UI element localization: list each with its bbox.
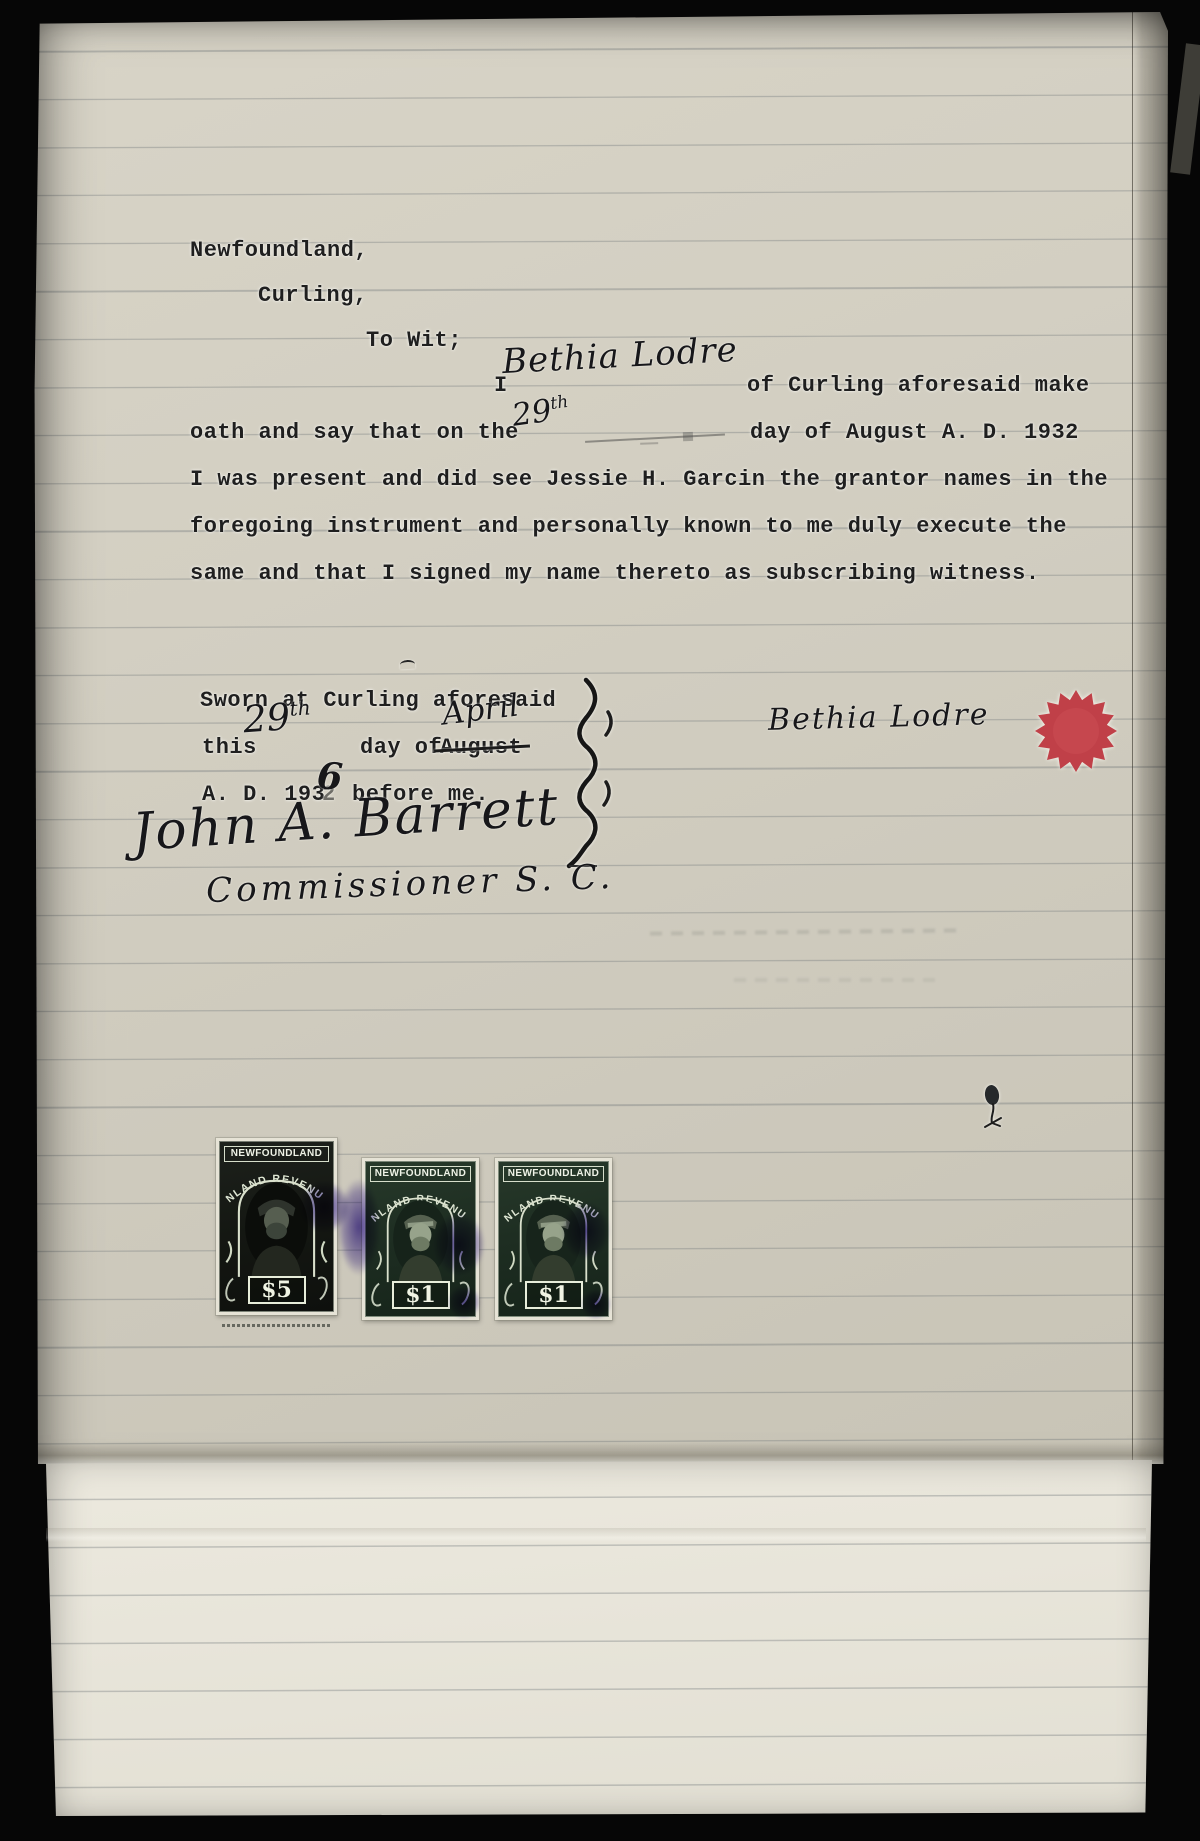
body-line1-rest: of Curling aforesaid make	[747, 373, 1090, 399]
erased-word-smudge	[585, 427, 735, 448]
deponent-name-handwritten: Bethia Lodre	[501, 330, 739, 382]
stray-ink-mark	[400, 660, 415, 670]
body-line2-rest: day of August A. D. 1932	[750, 420, 1079, 446]
affidavit-page: Newfoundland, Curling, To Wit; I Bethia …	[34, 12, 1168, 1818]
jurat-day-handwritten: 29th	[242, 694, 313, 742]
paper-sheet-folded-bottom	[46, 1460, 1152, 1816]
ink-blot	[980, 1085, 1010, 1135]
stamp-denomination: $5	[248, 1276, 306, 1304]
commissioner-title: Commissioner S. C.	[205, 857, 615, 911]
notary-seal	[1031, 686, 1121, 776]
bleed-through-marks	[734, 978, 944, 982]
stamp-denomination: $1	[392, 1281, 450, 1309]
cancellation-ink	[424, 1202, 494, 1287]
paper-fold-edge-strip	[1132, 12, 1169, 1464]
jurat-day-of: day of	[360, 735, 442, 761]
stamp-denomination: $1	[525, 1281, 583, 1309]
cancellation-ink	[576, 1284, 616, 1324]
paper-sheet-main: Newfoundland, Curling, To Wit; I Bethia …	[34, 12, 1168, 1464]
body-line3: I was present and did see Jessie H. Garc…	[190, 467, 1108, 493]
body-day-handwritten: 29th	[510, 390, 572, 434]
cancellation-ink	[554, 1192, 618, 1270]
commissioner-signature: John A. Barrett	[131, 777, 562, 863]
stamp-imprint-microtext	[222, 1324, 330, 1327]
body-line5: same and that I signed my name thereto a…	[190, 561, 1040, 587]
jurat-brace	[556, 676, 626, 876]
scanned-document-photo: Newfoundland, Curling, To Wit; I Bethia …	[0, 0, 1200, 1841]
body-line2-start: oath and say that on the	[190, 420, 519, 446]
fold-crease-secondary	[46, 1528, 1146, 1542]
background-sheet-edge	[1170, 43, 1200, 174]
body-line4: foregoing instrument and personally know…	[190, 514, 1067, 540]
header-place-line1: Newfoundland,	[190, 238, 368, 264]
header-to-wit: To Wit;	[366, 328, 462, 354]
bleed-through-marks	[650, 928, 960, 935]
header-place-line2: Curling,	[258, 283, 368, 309]
cancellation-ink	[289, 1172, 359, 1242]
ruled-lines	[25, 1444, 1173, 1833]
cancellation-ink	[442, 1280, 486, 1324]
witness-signature: Bethia Lodre	[768, 697, 990, 738]
